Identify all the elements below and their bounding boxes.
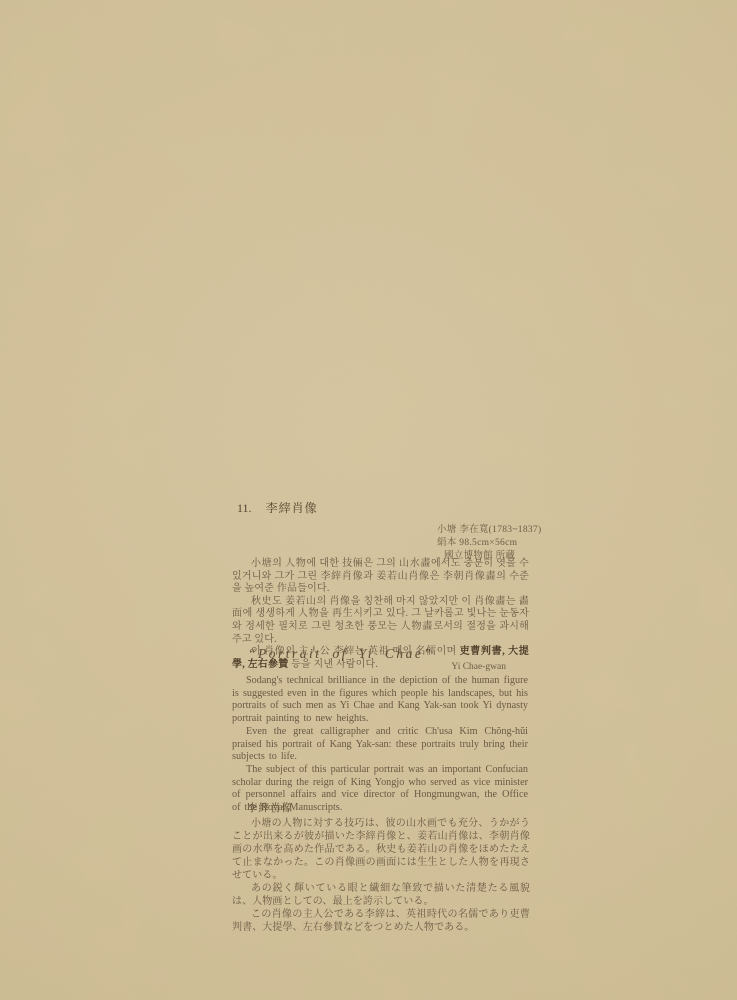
scanned-catalog-page: 11.李縡肖像 小塘 李在寬(1783~1837) 絹本 98.5cm×56cm… <box>0 0 737 1000</box>
korean-paragraph-1: 小塘의 人物에 대한 技倆은 그의 山水畵에서도 충분히 엿볼 수 있거니와 그… <box>232 558 529 596</box>
english-paragraph-2: Even the great calligrapher and critic C… <box>232 726 528 764</box>
japanese-paragraph-3: この肖像の主人公である李縡は、英祖時代の名儒であり吏曹判書、大提學、左右參賛など… <box>232 908 530 934</box>
item-title-korean: 李縡肖像 <box>266 501 318 515</box>
credit-artist: 小塘 李在寬(1783~1837) <box>437 524 597 537</box>
english-paragraph-1: Sodang's technical brilliance in the dep… <box>232 675 528 726</box>
english-title: “Portrait of Yi Chae” <box>248 646 433 662</box>
artist-attribution: Yi Chae-gwan <box>232 662 506 672</box>
credit-medium-size: 絹本 98.5cm×56cm <box>437 537 597 550</box>
japanese-heading: 李縡肖像 <box>247 800 293 815</box>
japanese-paragraph-2: あの鋭く輝いている眼と繊細な筆致で描いた清楚たる風貌は、人物画としての、最上を誇… <box>232 882 530 908</box>
japanese-paragraph-1: 小塘の人物に対する技巧は、彼の山水画でも充分、うかがうことが出来るが彼が描いた李… <box>232 817 530 882</box>
item-number: 11. <box>237 501 252 515</box>
item-heading: 11.李縡肖像 <box>237 499 318 516</box>
artwork-credits: 小塘 李在寬(1783~1837) 絹本 98.5cm×56cm 國立博物館 所… <box>437 524 597 562</box>
korean-paragraph-2: 秋史도 姜若山의 肖像을 칭찬해 마지 않았지만 이 肖像畵는 畵面에 생생하게… <box>232 596 529 646</box>
japanese-description: 小塘の人物に対する技巧は、彼の山水画でも充分、うかがうことが出来るが彼が描いた李… <box>232 817 530 934</box>
english-description: Sodang's technical brilliance in the dep… <box>232 675 528 815</box>
